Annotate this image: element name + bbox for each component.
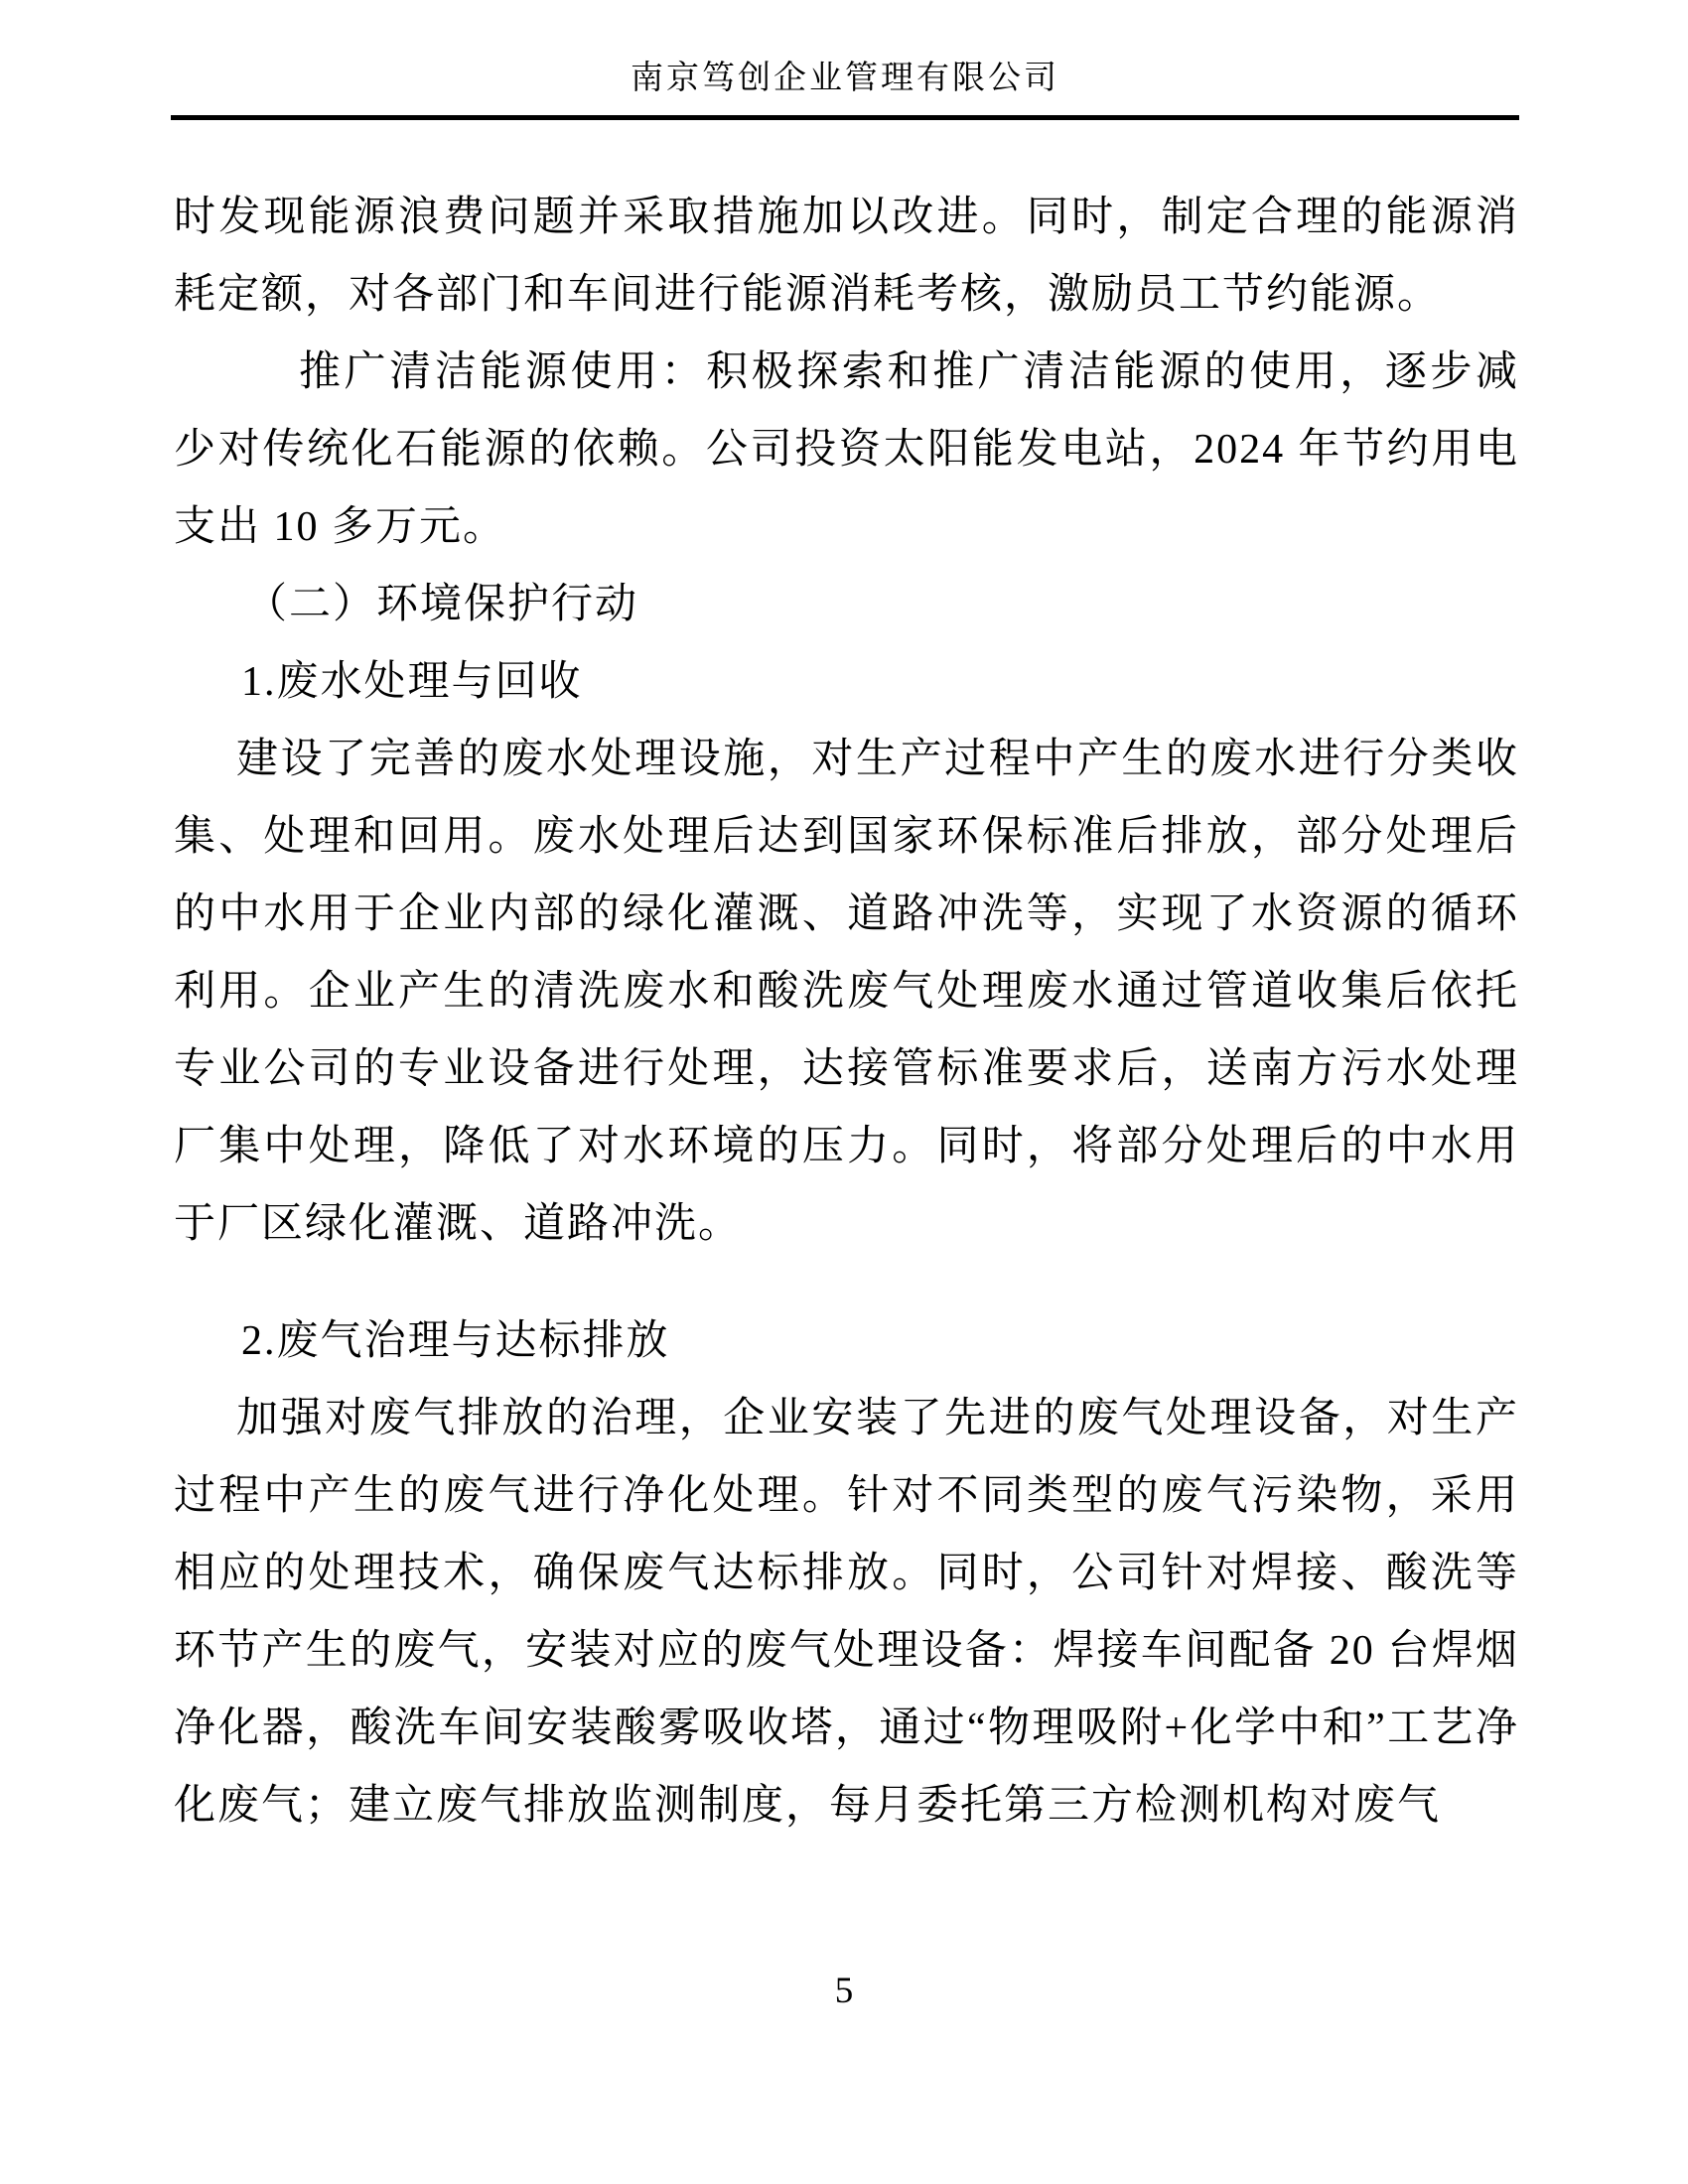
page-number: 5 bbox=[835, 1971, 854, 2011]
sub-heading-wastewater-treatment: 1.废水处理与回收 bbox=[174, 643, 1519, 721]
sub-heading-waste-gas-treatment: 2.废气治理与达标排放 bbox=[174, 1302, 1519, 1380]
paragraph-energy-audit-continuation: 时发现能源浪费问题并采取措施加以改进。同时，制定合理的能源消耗定额，对各部门和车… bbox=[174, 179, 1519, 334]
paragraph-waste-gas-treatment: 加强对废气排放的治理，企业安装了先进的废气处理设备，对生产过程中产生的废气进行净… bbox=[174, 1380, 1519, 1844]
paragraph-wastewater-treatment: 建设了完善的废水处理设施，对生产过程中产生的废水进行分类收集、处理和回用。废水处… bbox=[174, 721, 1519, 1263]
header-company-name: 南京笃创企业管理有限公司 bbox=[171, 56, 1519, 101]
section-heading-environment-protection: （二）环境保护行动 bbox=[174, 566, 1519, 643]
page-header: 南京笃创企业管理有限公司 bbox=[171, 0, 1519, 120]
page-footer: 5 bbox=[0, 1968, 1688, 2015]
paragraph-clean-energy: 推广清洁能源使用：积极探索和推广清洁能源的使用，逐步减少对传统化石能源的依赖。公… bbox=[174, 334, 1519, 566]
document-body: 时发现能源浪费问题并采取措施加以改进。同时，制定合理的能源消耗定额，对各部门和车… bbox=[174, 179, 1519, 1844]
document-page: 南京笃创企业管理有限公司 时发现能源浪费问题并采取措施加以改进。同时，制定合理的… bbox=[0, 0, 1688, 2184]
